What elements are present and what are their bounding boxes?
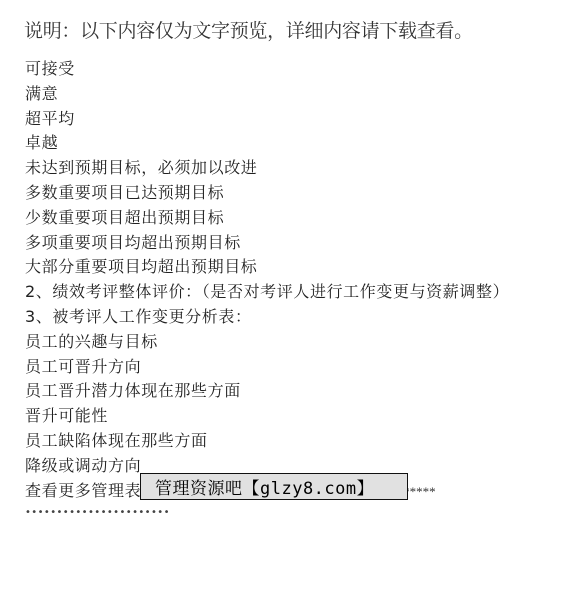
document-body: 可接受 满意 超平均 卓越 未达到预期目标，必须加以改进 多数重要项目已达预期目… [25, 57, 570, 520]
text-line: 员工晋升潜力体现在那些方面 [25, 379, 570, 404]
text-line: 大部分重要项目均超出预期目标 [25, 255, 570, 280]
text-line: 员工的兴趣与目标 [25, 330, 570, 355]
text-line: 卓越 [25, 131, 570, 156]
text-line: 晋升可能性 [25, 404, 570, 429]
text-line: 超平均 [25, 107, 570, 132]
text-line: 满意 [25, 82, 570, 107]
text-line: 未达到预期目标，必须加以改进 [25, 156, 570, 181]
watermark-banner: 管理资源吧【glzy8.com】 [140, 473, 408, 500]
text-line: 多项重要项目均超出预期目标 [25, 231, 570, 256]
text-line: 少数重要项目超出预期目标 [25, 206, 570, 231]
dotted-separator: ••••••••••••••••••••••• [25, 506, 570, 520]
section-heading-3: 3、被考评人工作变更分析表： [25, 305, 570, 330]
text-line: 可接受 [25, 57, 570, 82]
text-line: 员工可晋升方向 [25, 355, 570, 380]
text-line: 多数重要项目已达预期目标 [25, 181, 570, 206]
section-heading-2: 2、绩效考评整体评价：（是否对考评人进行工作变更与资薪调整） [25, 280, 570, 305]
text-line: 员工缺陷体现在那些方面 [25, 429, 570, 454]
preview-notice: 说明：以下内容仅为文字预览，详细内容请下载查看。 [24, 17, 473, 45]
